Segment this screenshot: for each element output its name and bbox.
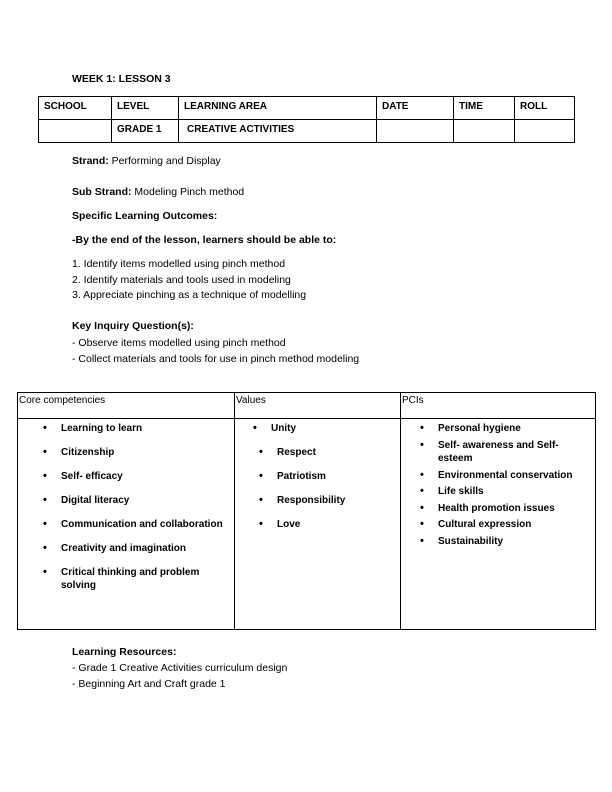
- list-item: Communication and collaboration: [61, 518, 229, 531]
- value-cell-roll: [515, 120, 575, 143]
- list-item: Creativity and imagination: [61, 542, 229, 555]
- list-item: Environmental conservation: [438, 469, 588, 483]
- list-item: Citizenship: [61, 446, 229, 459]
- list-item: Self- awareness and Self-esteem: [438, 439, 588, 466]
- list-item: Sustainability: [438, 535, 588, 549]
- pcis-cell: Personal hygiene Self- awareness and Sel…: [401, 419, 596, 630]
- outcome-item: 3. Appreciate pinching as a technique of…: [72, 289, 306, 301]
- kiq-item: - Collect materials and tools for use in…: [72, 353, 359, 365]
- values-cell: Unity Respect Patriotism Responsibility …: [235, 419, 401, 630]
- list-item: Love: [277, 518, 399, 531]
- header-values: Values: [235, 393, 401, 419]
- resources-heading: Learning Resources:: [72, 646, 176, 658]
- header-cell-time: TIME: [454, 97, 515, 120]
- value-row: GRADE 1 CREATIVE ACTIVITIES: [39, 120, 575, 143]
- sub-strand-value: Modeling Pinch method: [132, 186, 245, 198]
- resource-item: - Beginning Art and Craft grade 1: [72, 678, 226, 690]
- list-item: Self- efficacy: [61, 470, 229, 483]
- header-cell-school: SCHOOL: [39, 97, 112, 120]
- list-item: Respect: [277, 446, 399, 459]
- strand: Strand: Performing and Display: [72, 155, 221, 167]
- kiq-heading: Key Inquiry Question(s):: [72, 320, 194, 332]
- header-row: SCHOOL LEVEL LEARNING AREA DATE TIME ROL…: [39, 97, 575, 120]
- lesson-header-table: SCHOOL LEVEL LEARNING AREA DATE TIME ROL…: [38, 96, 575, 143]
- core-competencies-list: Learning to learn Citizenship Self- effi…: [19, 420, 233, 592]
- pcis-list: Personal hygiene Self- awareness and Sel…: [402, 420, 594, 548]
- competency-table: Core competencies Values PCIs Learning t…: [17, 392, 596, 630]
- list-item: Cultural expression: [438, 518, 588, 532]
- list-item: Life skills: [438, 485, 588, 499]
- slo-intro: -By the end of the lesson, learners shou…: [72, 234, 336, 246]
- list-item: Health promotion issues: [438, 502, 588, 516]
- strand-value: Performing and Display: [109, 155, 221, 167]
- sub-strand-label: Sub Strand:: [72, 186, 132, 198]
- header-cell-learning-area: LEARNING AREA: [179, 97, 377, 120]
- header-cell-date: DATE: [377, 97, 454, 120]
- header-cell-level: LEVEL: [112, 97, 179, 120]
- list-item: Digital literacy: [61, 494, 229, 507]
- value-cell-time: [454, 120, 515, 143]
- core-competencies-cell: Learning to learn Citizenship Self- effi…: [18, 419, 235, 630]
- value-cell-school: [39, 120, 112, 143]
- list-item: Critical thinking and problem solving: [61, 566, 229, 592]
- competency-body-row: Learning to learn Citizenship Self- effi…: [18, 419, 596, 630]
- lesson-title: WEEK 1: LESSON 3: [72, 73, 171, 85]
- kiq-item: - Observe items modelled using pinch met…: [72, 337, 286, 349]
- value-cell-learning-area: CREATIVE ACTIVITIES: [179, 120, 377, 143]
- slo-heading: Specific Learning Outcomes:: [72, 210, 217, 222]
- competency-header-row: Core competencies Values PCIs: [18, 393, 596, 419]
- value-cell-date: [377, 120, 454, 143]
- sub-strand: Sub Strand: Modeling Pinch method: [72, 186, 244, 198]
- list-item: Unity: [271, 422, 399, 435]
- resource-item: - Grade 1 Creative Activities curriculum…: [72, 662, 287, 674]
- outcome-item: 1. Identify items modelled using pinch m…: [72, 258, 285, 270]
- list-item: Responsibility: [277, 494, 399, 507]
- list-item: Learning to learn: [61, 422, 229, 435]
- header-core-competencies: Core competencies: [18, 393, 235, 419]
- outcome-item: 2. Identify materials and tools used in …: [72, 274, 291, 286]
- strand-label: Strand:: [72, 155, 109, 167]
- values-list: Unity Respect Patriotism Responsibility …: [236, 420, 399, 531]
- header-pcis: PCIs: [401, 393, 596, 419]
- header-cell-roll: ROLL: [515, 97, 575, 120]
- value-cell-level: GRADE 1: [112, 120, 179, 143]
- list-item: Patriotism: [277, 470, 399, 483]
- list-item: Personal hygiene: [438, 422, 588, 436]
